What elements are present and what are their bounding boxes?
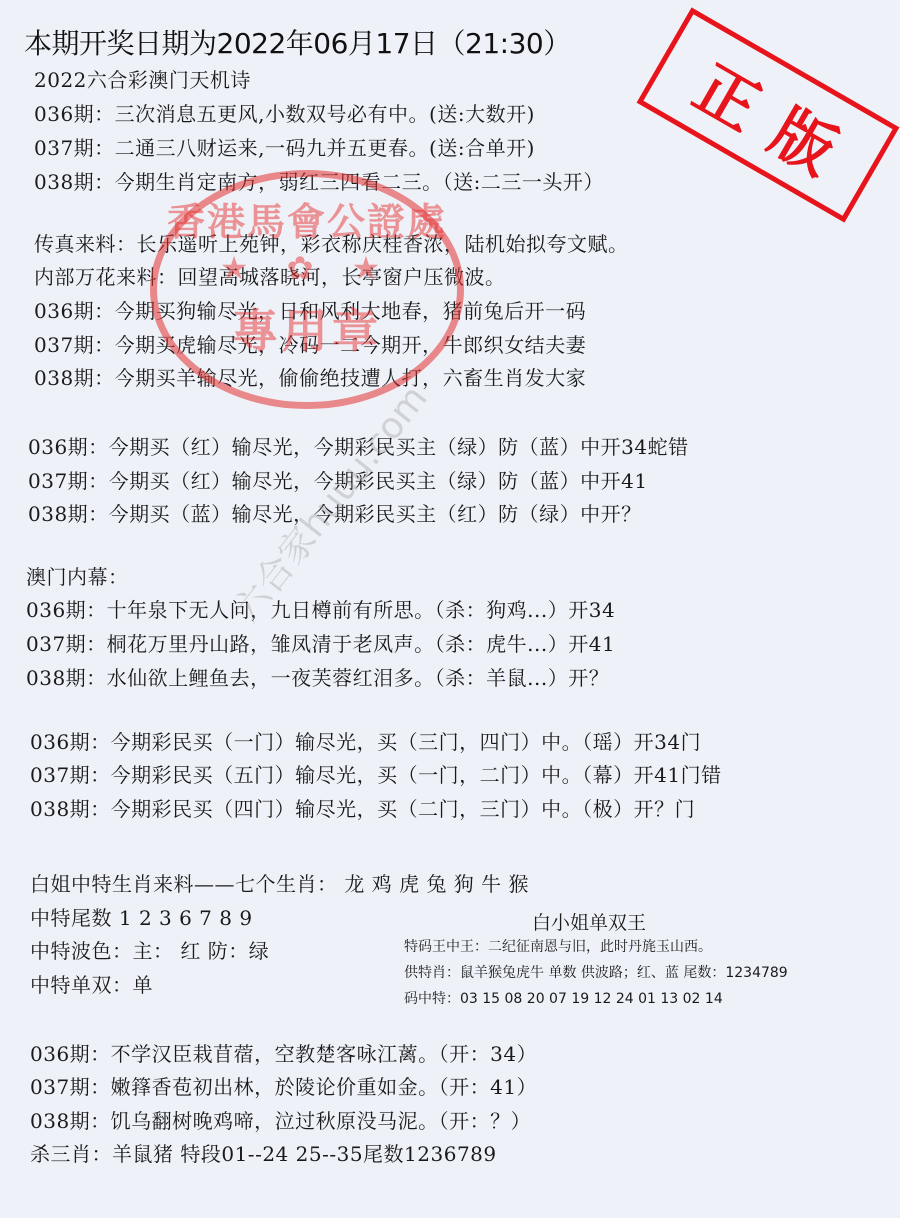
genuine-stamp: 正版 — [637, 7, 900, 222]
fax-line-037: 037期：今期买虎输尽光，冷码一二今期开，牛郎织女结夫妻 — [34, 331, 586, 359]
macau-inside-label: 澳门内幕： — [26, 563, 129, 591]
color-line-037: 037期：今期买（红）输尽光，今期彩民买主（绿）防（蓝）中开41 — [28, 467, 648, 495]
fax-line: 传真来料：长乐遥听上苑钟，彩衣称庆桂香浓，陆机始拟夸文赋。 — [34, 230, 629, 258]
final-poem-036: 036期：不学汉臣栽苜蓿，空教楚客咏江蓠。（开：34） — [30, 1040, 537, 1068]
draw-date-title: 本期开奖日期为2022年06月17日（21:30） — [24, 22, 571, 62]
baijie-wave-line: 中特波色：主： 红 防：绿 — [30, 937, 269, 965]
macau-line-038: 038期：水仙欲上鲤鱼去，一夜芙蓉红泪多。（杀：羊鼠...）开？ — [26, 664, 609, 692]
final-poem-038: 038期：饥乌翻树晚鸡啼，泣过秋原没马泥。（开：？） — [30, 1107, 531, 1135]
macau-line-036: 036期：十年泉下无人问，九日樽前有所思。（杀：狗鸡...）开34 — [26, 596, 615, 624]
bai-box-title: 白小姐单双王 — [532, 908, 646, 935]
bai-box-line-1: 特码王中王：二纪征南恩与旧，此时丹旄玉山西。 — [404, 936, 712, 956]
door-line-038: 038期：今期彩民买（四门）输尽光，买（二门，三门）中。（极）开？门 — [30, 795, 695, 823]
door-line-036: 036期：今期彩民买（一门）输尽光，买（三门，四门）中。（瑶）开34门 — [30, 728, 701, 756]
tianji-line-038: 038期：今期生肖定南方，弱红三四看二三。（送:二三一头开） — [34, 168, 604, 196]
bai-box-line-3: 码中特：03 15 08 20 07 19 12 24 01 13 02 14 — [404, 988, 723, 1008]
final-poem-037: 037期：嫩箨香苞初出林，於陵论价重如金。（开：41） — [30, 1073, 537, 1101]
baijie-tail-line: 中特尾数 1 2 3 6 7 8 9 — [30, 904, 253, 932]
baijie-oddeven-line: 中特单双：单 — [30, 971, 153, 999]
color-line-038: 038期：今期买（蓝）输尽光，今期彩民买主（红）防（绿）中开？ — [28, 500, 642, 528]
tianji-line-036: 036期：三次消息五更风,小数双号必有中。(送:大数开) — [34, 100, 535, 128]
fax-line-036: 036期：今期买狗输尽光，日和风利大地春，猪前兔后开一码 — [34, 297, 586, 325]
tianji-line-037: 037期：二通三八财运来,一码九并五更春。(送:合单开) — [34, 134, 535, 162]
color-line-036: 036期：今期买（红）输尽光，今期彩民买主（绿）防（蓝）中开34蛇错 — [28, 433, 689, 461]
door-line-037: 037期：今期彩民买（五门）输尽光，买（一门，二门）中。（幕）开41门错 — [30, 761, 722, 789]
genuine-stamp-label: 正版 — [681, 39, 878, 204]
macau-line-037: 037期：桐花万里丹山路，雏凤清于老凤声。（杀：虎牛...）开41 — [26, 630, 615, 658]
poem-section-title: 2022六合彩澳门天机诗 — [34, 66, 251, 94]
kill-three-line: 杀三肖：羊鼠猪 特段01--24 25--35尾数1236789 — [30, 1140, 497, 1168]
fax-line-038: 038期：今期买羊输尽光，偷偷绝技遭人打，六畜生肖发大家 — [34, 364, 586, 392]
wanhua-line: 内部万花来料：回望高城落晓河，长亭窗户压微波。 — [34, 263, 506, 291]
baijie-zodiac-line: 白姐中特生肖来料——七个生肖： 龙 鸡 虎 兔 狗 牛 猴 — [30, 870, 529, 898]
bai-box-line-2: 供特肖：鼠羊猴兔虎牛 单数 供波路；红、蓝 尾数：1234789 — [404, 962, 788, 982]
